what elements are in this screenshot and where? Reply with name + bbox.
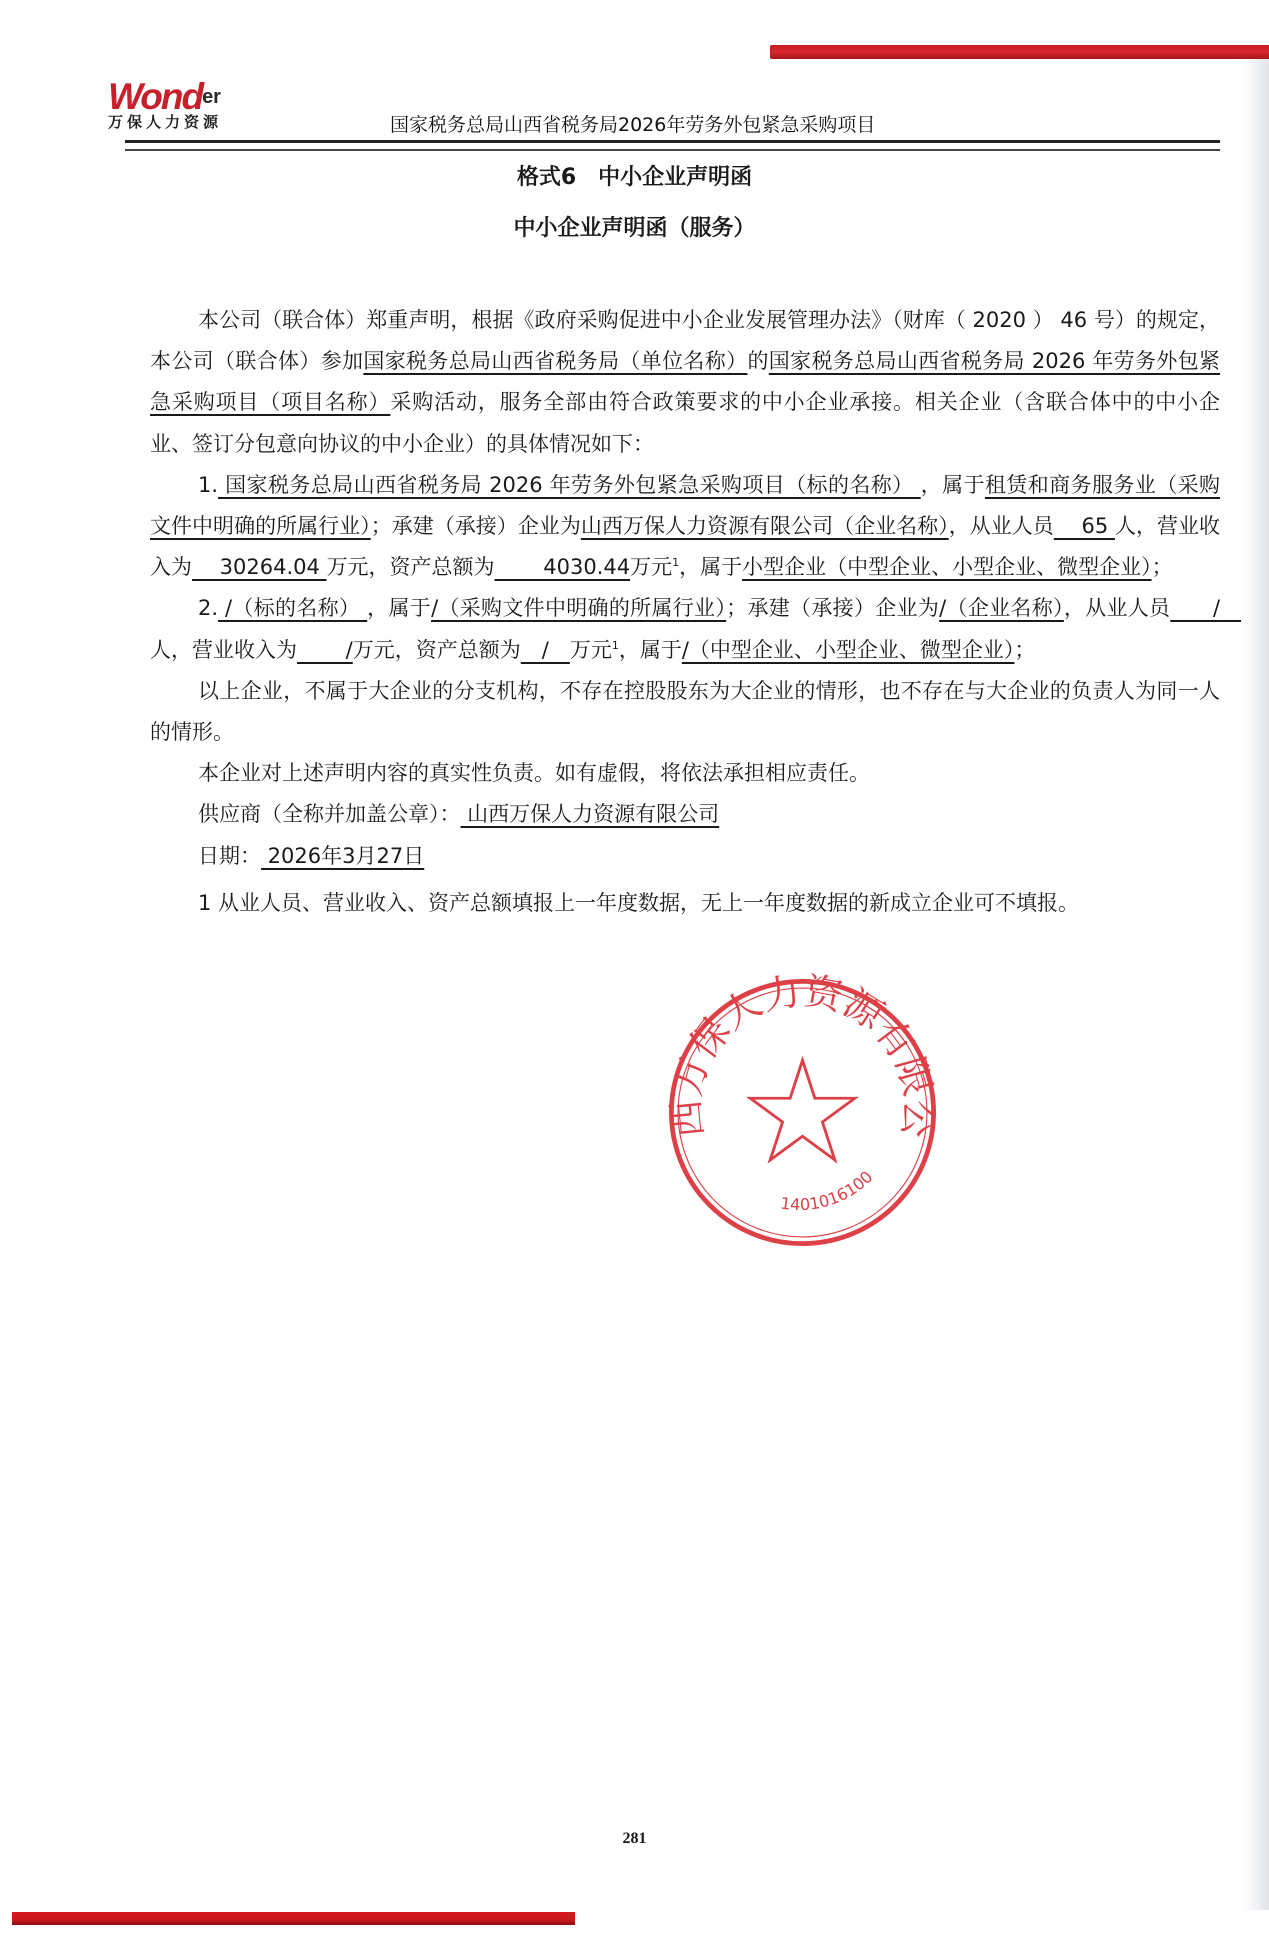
statement-no-large-enterprise: 以上企业，不属于大企业的分支机构，不存在控股股东为大企业的情形，也不存在与大企业… <box>150 671 1220 753</box>
bottom-red-bar <box>12 1912 575 1925</box>
intro-paragraph: 本公司（联合体）郑重声明，根据《政府采购促进中小企业发展管理办法》（财库（ 20… <box>150 300 1220 465</box>
size-field: /（中型企业、小型企业、微型企业） <box>682 638 1015 662</box>
label: ，属于 <box>619 638 682 662</box>
footnote-mark: 1 <box>612 639 619 652</box>
size-field: 小型企业（中型企业、小型企业、微型企业） <box>742 555 1152 579</box>
date-line: 日期： 2026年3月27日 <box>150 836 1220 877</box>
label: ，从业人员 <box>1064 596 1171 620</box>
logo-suffix: er <box>202 86 221 108</box>
format-title: 格式6 中小企业声明函 <box>0 160 1269 191</box>
logo-word: Wond <box>108 76 202 117</box>
label: ，属于 <box>679 555 742 579</box>
label: ，属于 <box>367 596 431 620</box>
page-number: 281 <box>0 1830 1269 1848</box>
label: 万元 <box>570 638 612 662</box>
seal-text: 山西万保人力资源有限公司 <box>660 970 941 1140</box>
enterprise-item-2: 2. /（标的名称） ，属于/（采购文件中明确的所属行业）；承建（承接）企业为/… <box>150 588 1220 670</box>
label: ；承建（承接）企业为 <box>726 596 939 620</box>
label: 万元，资产总额为 <box>353 638 521 662</box>
label: ，属于 <box>921 473 985 497</box>
revenue-field: 30264.04 <box>192 555 327 579</box>
footnote: 1 从业人员、营业收入、资产总额填报上一年度数据，无上一年度数据的新成立企业可不… <box>150 883 1220 924</box>
logo-subtitle: 万保人力资源 <box>108 114 268 132</box>
date-field: 2026年3月27日 <box>261 844 424 868</box>
company-field: 山西万保人力资源有限公司（企业名称） <box>581 514 949 538</box>
industry-field: /（采购文件中明确的所属行业） <box>431 596 726 620</box>
company-logo: Wonder 万保人力资源 <box>108 78 268 132</box>
header-rule <box>125 140 1220 151</box>
item-number: 1. <box>198 473 218 497</box>
header-project-title: 国家税务总局山西省税务局2026年劳务外包紧急采购项目 <box>390 110 1190 137</box>
date-label: 日期： <box>198 844 261 868</box>
label: 万元，资产总额为 <box>327 555 495 579</box>
supplier-label: 供应商（全称并加盖公章）： <box>198 802 461 826</box>
supplier-name-field: 山西万保人力资源有限公司 <box>461 802 720 826</box>
seal-star-icon <box>750 1060 855 1160</box>
label: ，从业人员 <box>949 514 1054 538</box>
supplier-line: 供应商（全称并加盖公章）： 山西万保人力资源有限公司 <box>150 794 1220 835</box>
label: ； <box>1152 555 1173 579</box>
company-field: /（企业名称） <box>939 596 1064 620</box>
intro-connector: 的 <box>747 349 768 373</box>
assets-field: / <box>521 638 570 662</box>
label: 人，营业收入为 <box>150 638 297 662</box>
subject-field: /（标的名称） <box>218 596 367 620</box>
label: ；承建（承接）企业为 <box>371 514 581 538</box>
label: ； <box>1014 638 1035 662</box>
subject-field: 国家税务总局山西省税务局 2026 年劳务外包紧急采购项目（标的名称） <box>218 473 921 497</box>
employees-field: 65 <box>1054 514 1115 538</box>
document-subtitle: 中小企业声明函（服务） <box>0 211 1269 242</box>
employees-field: / <box>1170 596 1241 620</box>
enterprise-item-1: 1. 国家税务总局山西省税务局 2026 年劳务外包紧急采购项目（标的名称） ，… <box>150 465 1220 589</box>
company-seal-stamp: 山西万保人力资源有限公司 1401016100 <box>660 970 945 1255</box>
statement-responsibility: 本企业对上述声明内容的真实性负责。如有虚假，将依法承担相应责任。 <box>150 753 1220 794</box>
logo-wordmark: Wonder <box>108 78 268 116</box>
item-number: 2. <box>198 596 218 620</box>
revenue-field: / <box>297 638 353 662</box>
declaration-body: 本公司（联合体）郑重声明，根据《政府采购促进中小企业发展管理办法》（财库（ 20… <box>150 300 1220 924</box>
page-edge-shadow <box>1243 50 1269 1910</box>
assets-field: 4030.44 <box>495 555 631 579</box>
label: 万元 <box>630 555 672 579</box>
top-red-bar <box>770 45 1269 59</box>
seal-code: 1401016100 <box>779 1167 876 1214</box>
unit-name-field: 国家税务总局山西省税务局（单位名称） <box>363 349 747 373</box>
